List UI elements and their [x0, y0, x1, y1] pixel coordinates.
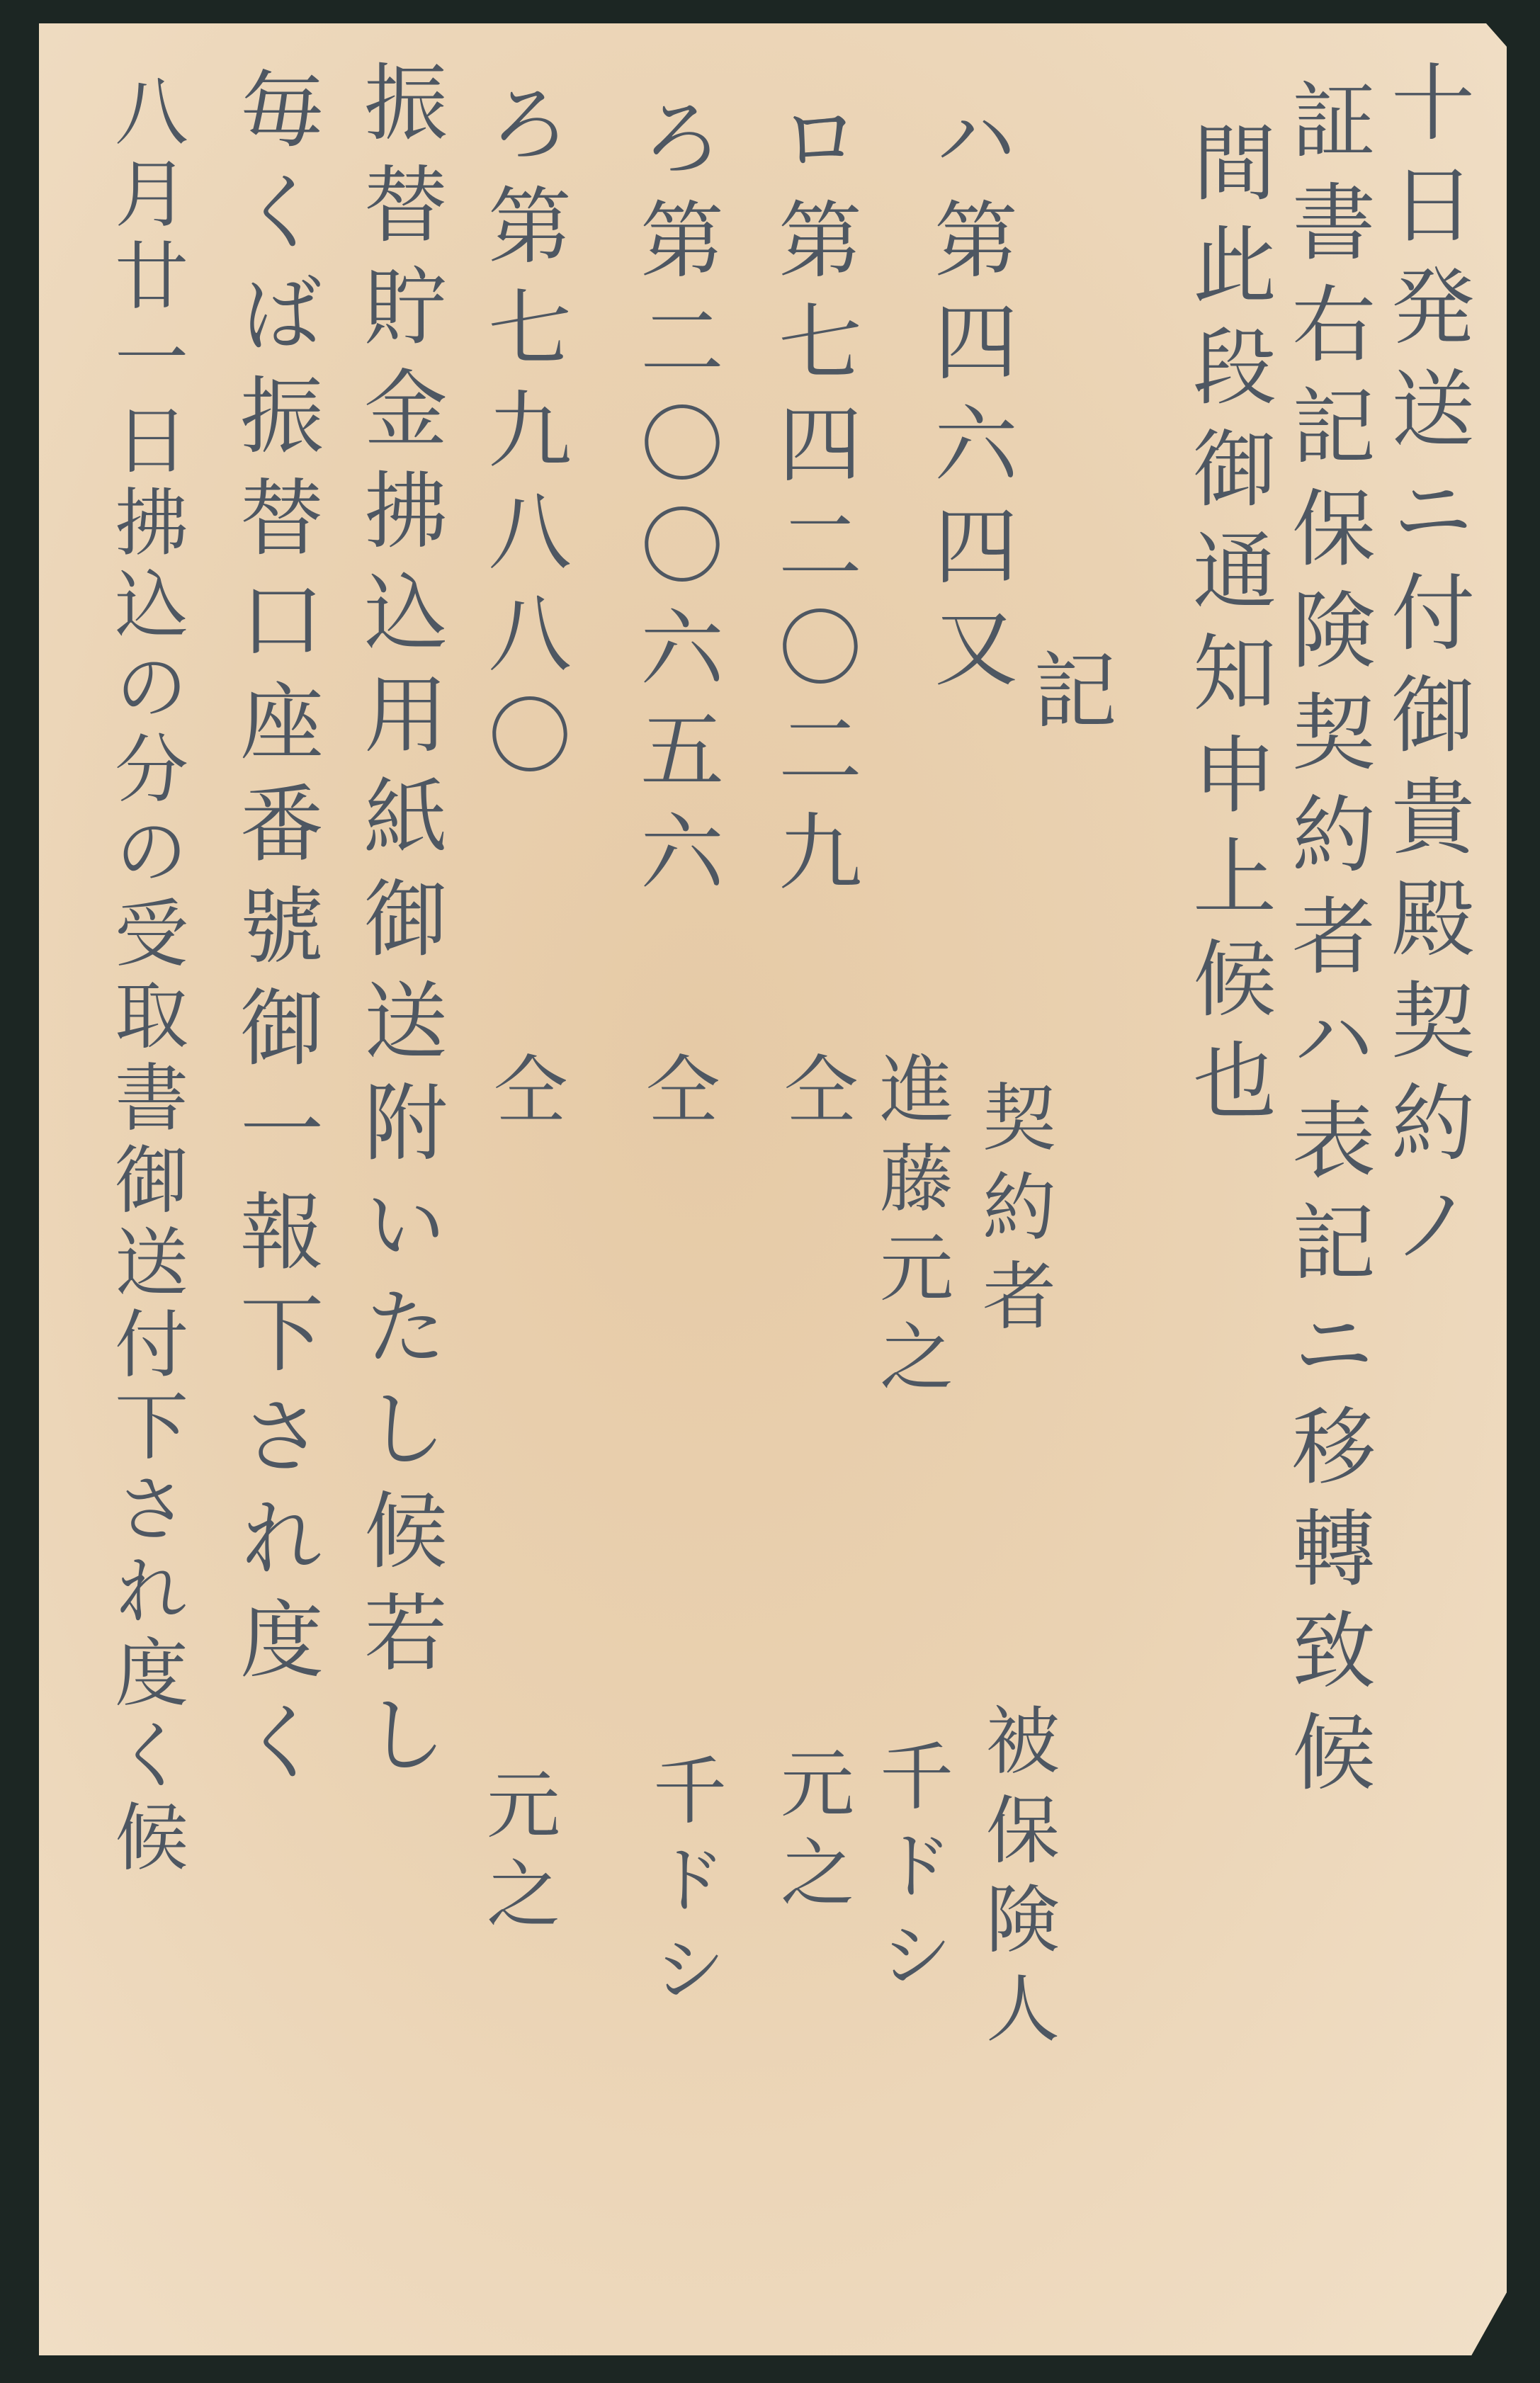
- text-column-3: 間此段御通知申上候也: [1186, 119, 1269, 1139]
- text-column-10: 振替貯金拂込用紙御送附いたし候若し: [357, 59, 441, 1793]
- contractor-name: 進藤元之: [873, 1051, 947, 1408]
- policy-number-4: ろ第七九八八〇: [481, 80, 565, 794]
- heading-ki: 記: [1026, 647, 1110, 749]
- ditto-mark-2: 仝: [640, 1051, 713, 1140]
- text-column-2: 証書右記保険契約者ハ表記ニ移轉致候: [1285, 77, 1369, 1811]
- insured-name-4: 元之: [480, 1766, 554, 1945]
- insured-name-2: 元之: [774, 1745, 848, 1923]
- policy-number-1: ハ第四六四又: [927, 94, 1011, 706]
- ditto-mark-1: 仝: [778, 1051, 851, 1140]
- text-column-11: 毎くば振替口座番號御一報下され度く: [233, 66, 317, 1800]
- policy-number-2: ロ第七四二〇二九: [771, 94, 855, 910]
- text-column-1: 十日発送ニ付御貴殿契約ノ: [1384, 59, 1468, 1283]
- insured-name-3: 千ドシ: [647, 1752, 720, 2020]
- ditto-mark-3: 仝: [487, 1051, 561, 1140]
- label-contractor: 契約者: [976, 1079, 1050, 1347]
- insured-name-1: 千ドシ: [873, 1738, 947, 2005]
- label-insured: 被保険人: [980, 1702, 1053, 2059]
- text-column-12-date: 八月廿一日拂込の分の受取書御送付下され度く候: [108, 73, 182, 1881]
- policy-number-3: ろ第二〇〇六五六: [633, 94, 717, 910]
- postcard: 十日発送ニ付御貴殿契約ノ 証書右記保険契約者ハ表記ニ移轉致候 間此段御通知申上候…: [39, 23, 1507, 2355]
